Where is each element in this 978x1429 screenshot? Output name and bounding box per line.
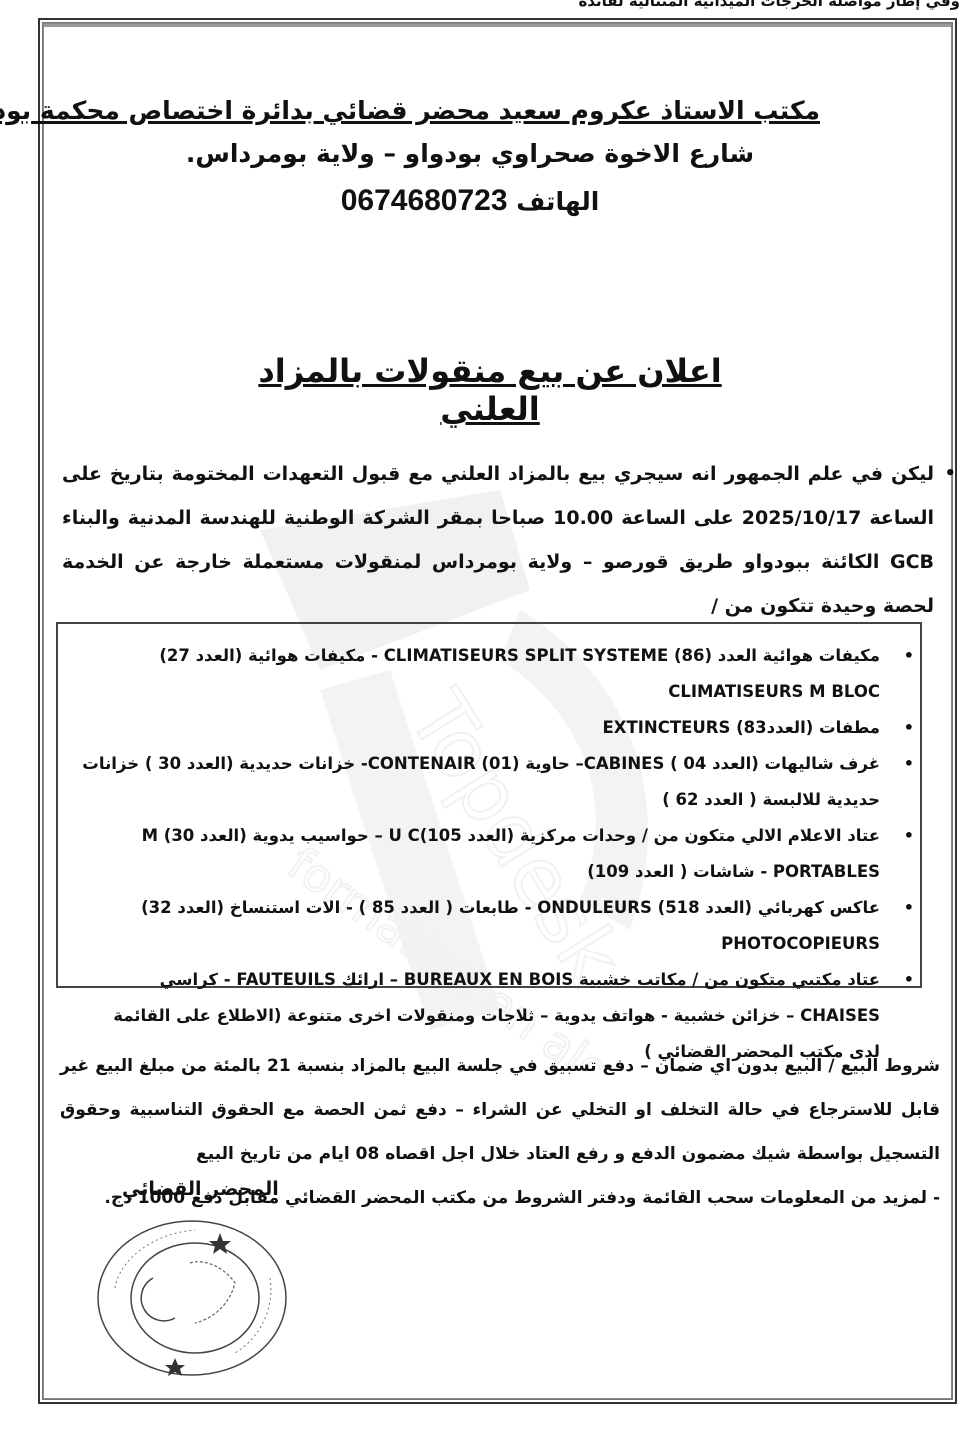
list-item: مطفات (العدد83) EXTINCTEURS [78,710,880,746]
bullet-icon: • [944,452,956,496]
list-item: غرف شاليهات (العدد 04 ) CABINES– حاوية (… [78,746,880,818]
phone-label: الهاتف [516,187,599,216]
signature-label: المحضر القضائي [122,1178,279,1200]
intro-text: ليكن في علم الجمهور انه سيجري بيع بالمزا… [62,463,934,617]
office-phone: الهاتف 0674680723 [120,184,820,218]
list-item: عاكس كهربائي (العدد 518) ONDULEURS - طاب… [78,890,880,962]
list-item: مكيفات هوائية العدد (86) CLIMATISEURS SP… [78,638,880,710]
items-box: مكيفات هوائية العدد (86) CLIMATISEURS SP… [56,622,922,988]
notice-title: اعلان عن بيع منقولات بالمزاد العلني [250,352,730,428]
list-item: عتاد الاعلام الالي متكون من / وحدات مركز… [78,818,880,890]
items-list: مكيفات هوائية العدد (86) CLIMATISEURS SP… [58,624,920,1070]
page-caption: وفي إطار مواصلة الخرجات الميدانية المتتا… [578,0,960,10]
official-seal-icon [95,1218,290,1378]
conditions-text: شروط البيع / البيع بدون اي ضمان – دفع تس… [60,1044,940,1176]
phone-number: 0674680723 [341,184,508,217]
office-header: مكتب الاستاذ عكروم سعيد محضر قضائي بدائر… [120,96,820,218]
office-title: مكتب الاستاذ عكروم سعيد محضر قضائي بدائر… [120,96,820,125]
office-address: شارع الاخوة صحراوي بودواو – ولاية بومردا… [120,139,820,168]
intro-paragraph: • ليكن في علم الجمهور انه سيجري بيع بالم… [62,452,934,628]
